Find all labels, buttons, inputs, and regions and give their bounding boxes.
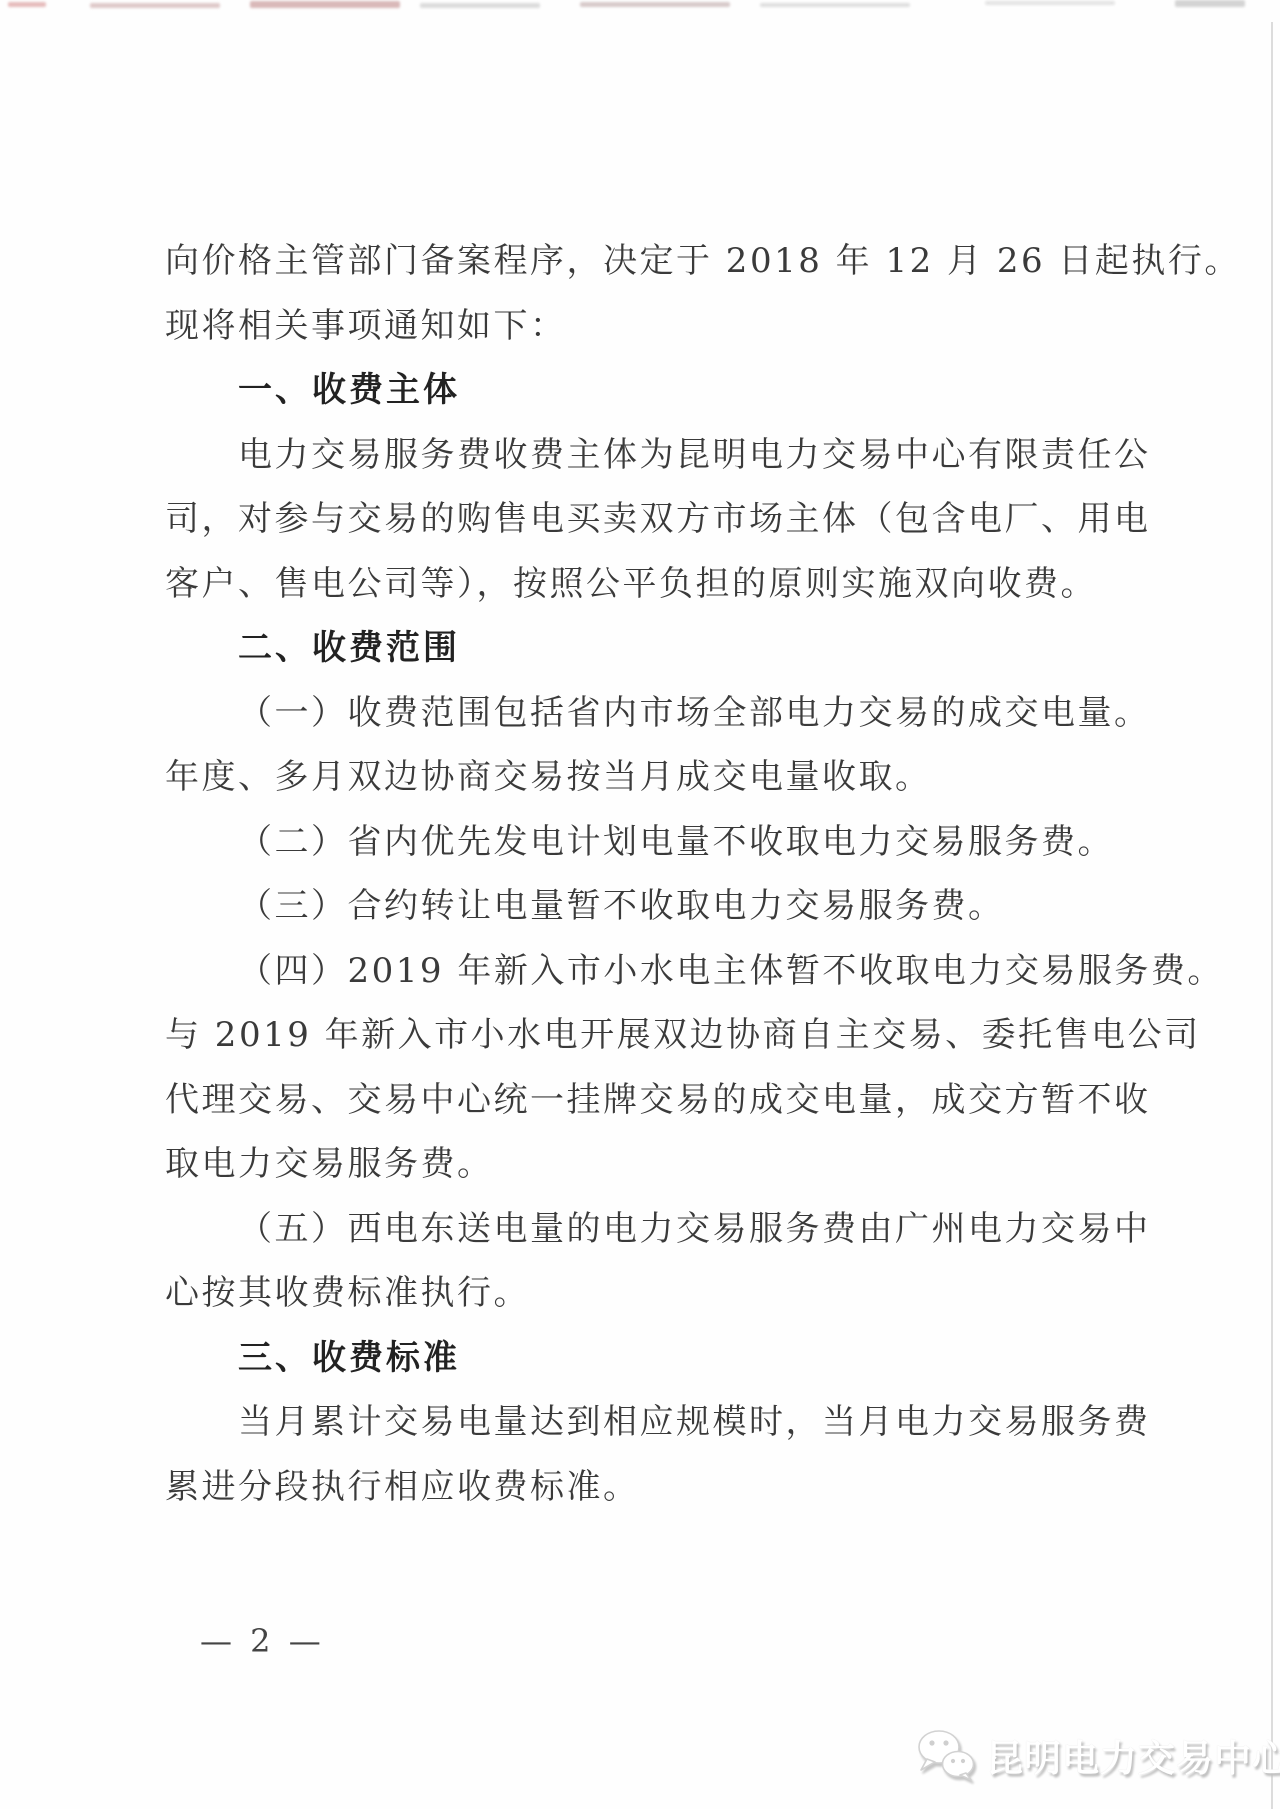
scan-artifact <box>250 1 400 8</box>
doc-line: 电力交易服务费收费主体为昆明电力交易中心有限责任公 <box>165 423 1113 488</box>
doc-line: 司，对参与交易的购售电买卖双方市场主体（包含电厂、用电 <box>165 487 1113 552</box>
scan-artifact <box>1175 0 1245 7</box>
doc-line: 客户、售电公司等），按照公平负担的原则实施双向收费。 <box>165 552 1113 617</box>
section-heading: 三、收费标准 <box>165 1326 1113 1391</box>
doc-line: 代理交易、交易中心统一挂牌交易的成交电量，成交方暂不收 <box>165 1068 1113 1133</box>
doc-line: 与 2019 年新入市小水电开展双边协商自主交易、委托售电公司 <box>165 1003 1113 1068</box>
scan-artifact <box>8 2 46 7</box>
scan-artifact <box>580 2 730 7</box>
scan-artifact <box>90 3 220 8</box>
wechat-icon <box>916 1728 976 1782</box>
doc-line: 年度、多月双边协商交易按当月成交电量收取。 <box>165 745 1113 810</box>
scan-artifact <box>420 3 540 8</box>
doc-line: 累进分段执行相应收费标准。 <box>165 1455 1113 1520</box>
doc-line: 取电力交易服务费。 <box>165 1132 1113 1197</box>
doc-line: 当月累计交易电量达到相应规模时，当月电力交易服务费 <box>165 1390 1113 1455</box>
doc-line: 向价格主管部门备案程序，决定于 2018 年 12 月 26 日起执行。 <box>165 229 1113 294</box>
doc-line: 现将相关事项通知如下： <box>165 294 1113 359</box>
document-body: 向价格主管部门备案程序，决定于 2018 年 12 月 26 日起执行。现将相关… <box>165 229 1113 1519</box>
doc-line: 心按其收费标准执行。 <box>165 1261 1113 1326</box>
doc-line: （四）2019 年新入市小水电主体暂不收取电力交易服务费。 <box>165 939 1113 1004</box>
doc-line: （二）省内优先发电计划电量不收取电力交易服务费。 <box>165 810 1113 875</box>
doc-line: （五）西电东送电量的电力交易服务费由广州电力交易中 <box>165 1197 1113 1262</box>
page-number: — 2 — <box>200 1622 325 1660</box>
footer-brand: 昆明电力交易中心 <box>916 1728 1280 1782</box>
document-page: 向价格主管部门备案程序，决定于 2018 年 12 月 26 日起执行。现将相关… <box>0 0 1280 1809</box>
section-heading: 一、收费主体 <box>165 358 1113 423</box>
doc-line: （三）合约转让电量暂不收取电力交易服务费。 <box>165 874 1113 939</box>
section-heading: 二、收费范围 <box>165 616 1113 681</box>
scan-artifact <box>760 3 910 7</box>
scan-edge-line <box>1271 22 1273 1809</box>
scan-artifact <box>985 1 1115 5</box>
doc-line: （一）收费范围包括省内市场全部电力交易的成交电量。 <box>165 681 1113 746</box>
footer-brand-label: 昆明电力交易中心 <box>986 1728 1280 1782</box>
